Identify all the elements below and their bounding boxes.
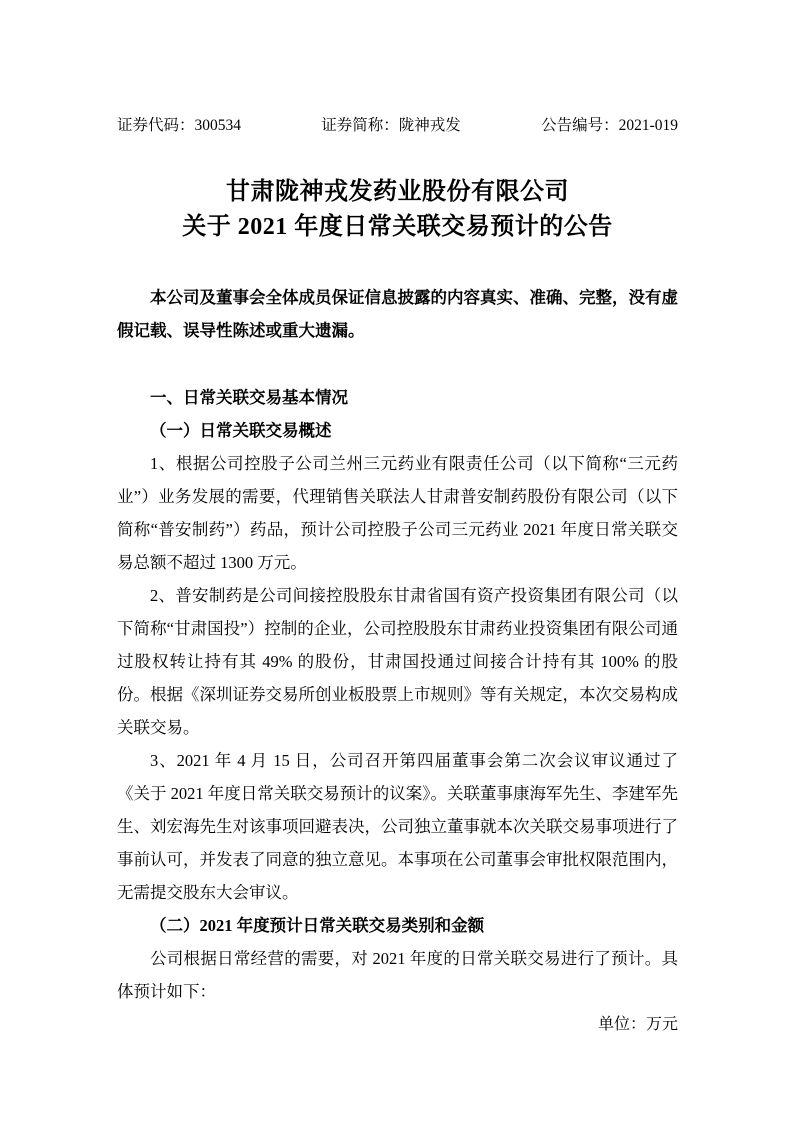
paragraph-1: 1、根据公司控股子公司兰州三元药业有限责任公司（以下简称“三元药业”）业务发展的… xyxy=(117,447,678,579)
paragraph-3: 3、2021 年 4 月 15 日，公司召开第四届董事会第二次会议审议通过了《关… xyxy=(117,744,678,909)
unit-label: 单位：万元 xyxy=(117,1008,678,1041)
document-title-line2: 关于 2021 年度日常关联交易预计的公告 xyxy=(117,210,678,245)
document-title: 甘肃陇神戎发药业股份有限公司 关于 2021 年度日常关联交易预计的公告 xyxy=(117,175,678,245)
document-content: 证券代码：300534 证券简称：陇神戎发 公告编号：2021-019 甘肃陇神… xyxy=(117,117,678,1041)
announcement-document-page: 证券代码：300534 证券简称：陇神戎发 公告编号：2021-019 甘肃陇神… xyxy=(0,0,793,1122)
announcement-number-label: 公告编号：2021-019 xyxy=(541,117,678,135)
subsection-heading-1-1: （一）日常关联交易概述 xyxy=(117,414,678,447)
paragraph-4: 公司根据日常经营的需要，对 2021 年度的日常关联交易进行了预计。具体预计如下… xyxy=(117,942,678,1008)
disclaimer-statement: 本公司及董事会全体成员保证信息披露的内容真实、准确、完整，没有虚假记载、误导性陈… xyxy=(117,281,678,347)
stock-code-label: 证券代码：300534 xyxy=(117,117,241,135)
paragraph-2: 2、普安制药是公司间接控股股东甘肃省国有资产投资集团有限公司（以下简称“甘肃国投… xyxy=(117,579,678,744)
document-title-line1: 甘肃陇神戎发药业股份有限公司 xyxy=(117,175,678,210)
section-heading-1: 一、日常关联交易基本情况 xyxy=(117,381,678,414)
document-header: 证券代码：300534 证券简称：陇神戎发 公告编号：2021-019 xyxy=(117,117,678,135)
stock-name-label: 证券简称：陇神戎发 xyxy=(321,117,461,135)
subsection-heading-1-2: （二）2021 年度预计日常关联交易类别和金额 xyxy=(117,909,678,942)
